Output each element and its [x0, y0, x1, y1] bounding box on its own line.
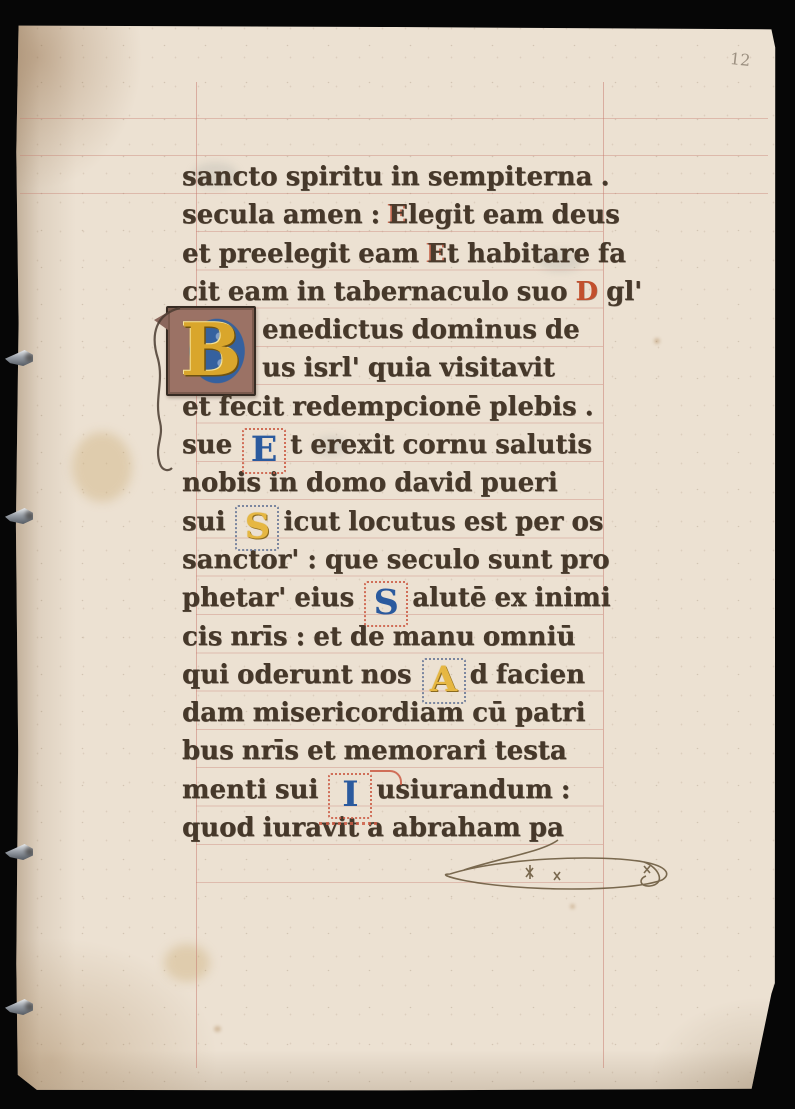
manuscript-line: quod iuravit a abraham pa — [182, 809, 630, 847]
text-segment: et fecit redempcionē plebis . — [182, 392, 594, 422]
text-segment: menti sui — [182, 775, 326, 805]
text-segment: et preelegit eam — [182, 239, 427, 269]
manuscript-line: sui Sicut locutus est per os — [182, 503, 630, 541]
text-block: sancto spiritu in sempiterna .secula ame… — [182, 158, 630, 847]
text-segment: nobis in domo david pueri — [182, 468, 558, 498]
text-segment: t erexit cornu salutis — [290, 430, 592, 460]
manuscript-line: sue Et erexit cornu salutis — [182, 426, 630, 464]
text-segment: E — [427, 239, 447, 269]
manuscript-line: qui oderunt nos Ad facien — [182, 656, 630, 694]
manuscript-line: us isrl' quia visitavit — [182, 349, 630, 387]
illuminated-initial: A — [422, 658, 466, 704]
text-segment: sue — [182, 430, 240, 460]
text-segment: cit eam in tabernaculo suo — [182, 277, 576, 307]
manuscript-line: et fecit redempcionē plebis . — [182, 388, 630, 426]
text-segment: E — [388, 200, 408, 230]
text-segment: D — [576, 277, 599, 307]
manuscript-line: phetar' eius Salutē ex inimi — [182, 579, 630, 617]
manuscript-line: cit eam in tabernaculo suo D gl' — [182, 273, 630, 311]
manuscript-line: et preelegit eam Et habitare fa — [182, 235, 630, 273]
ruling-horizontal — [20, 155, 768, 156]
parchment-stain — [72, 432, 132, 502]
illuminated-initial: E — [242, 428, 286, 474]
text-segment: secula amen : — [182, 200, 388, 230]
ruling-horizontal — [20, 118, 768, 119]
fox-spot — [654, 338, 660, 344]
fox-spot — [214, 1026, 221, 1032]
manuscript-line: bus nrīs et memorari testa — [182, 732, 630, 770]
text-segment: t habitare fa — [447, 239, 626, 269]
text-segment: us isrl' quia visitavit — [262, 353, 555, 383]
text-segment: d facien — [470, 660, 585, 690]
manuscript-leaf: 12 B sancto spiritu in sempiterna .secul… — [14, 24, 776, 1092]
manuscript-line: secula amen : Elegit eam deus — [182, 196, 630, 234]
text-segment: phetar' eius — [182, 583, 362, 613]
illuminated-initial: S — [235, 505, 279, 551]
text-segment: qui oderunt nos — [182, 660, 420, 690]
text-segment: sui — [182, 507, 233, 537]
text-segment: usiurandum : — [376, 775, 570, 805]
manuscript-photo: 12 B sancto spiritu in sempiterna .secul… — [0, 0, 795, 1109]
text-segment: alutē ex inimi — [412, 583, 610, 613]
manuscript-line: sancto spiritu in sempiterna . — [182, 158, 630, 196]
folio-number: 12 — [729, 49, 751, 70]
fox-spot — [570, 904, 575, 909]
text-segment: sancto spiritu in sempiterna . — [182, 162, 610, 192]
text-segment: legit eam deus — [408, 200, 620, 230]
text-segment: enedictus dominus de — [262, 315, 580, 345]
parchment-stain — [164, 944, 210, 982]
text-segment: bus nrīs et memorari testa — [182, 736, 567, 766]
illuminated-initial: S — [364, 581, 408, 627]
text-segment: icut locutus est per os — [283, 507, 603, 537]
text-segment: gl' — [598, 277, 642, 307]
manuscript-line: dam misericordiam cū patri — [182, 694, 630, 732]
illuminated-initial: I — [328, 773, 372, 819]
text-segment: dam misericordiam cū patri — [182, 698, 585, 728]
manuscript-line: enedictus dominus de — [182, 311, 630, 349]
manuscript-line: menti sui Iusiurandum : — [182, 771, 630, 809]
